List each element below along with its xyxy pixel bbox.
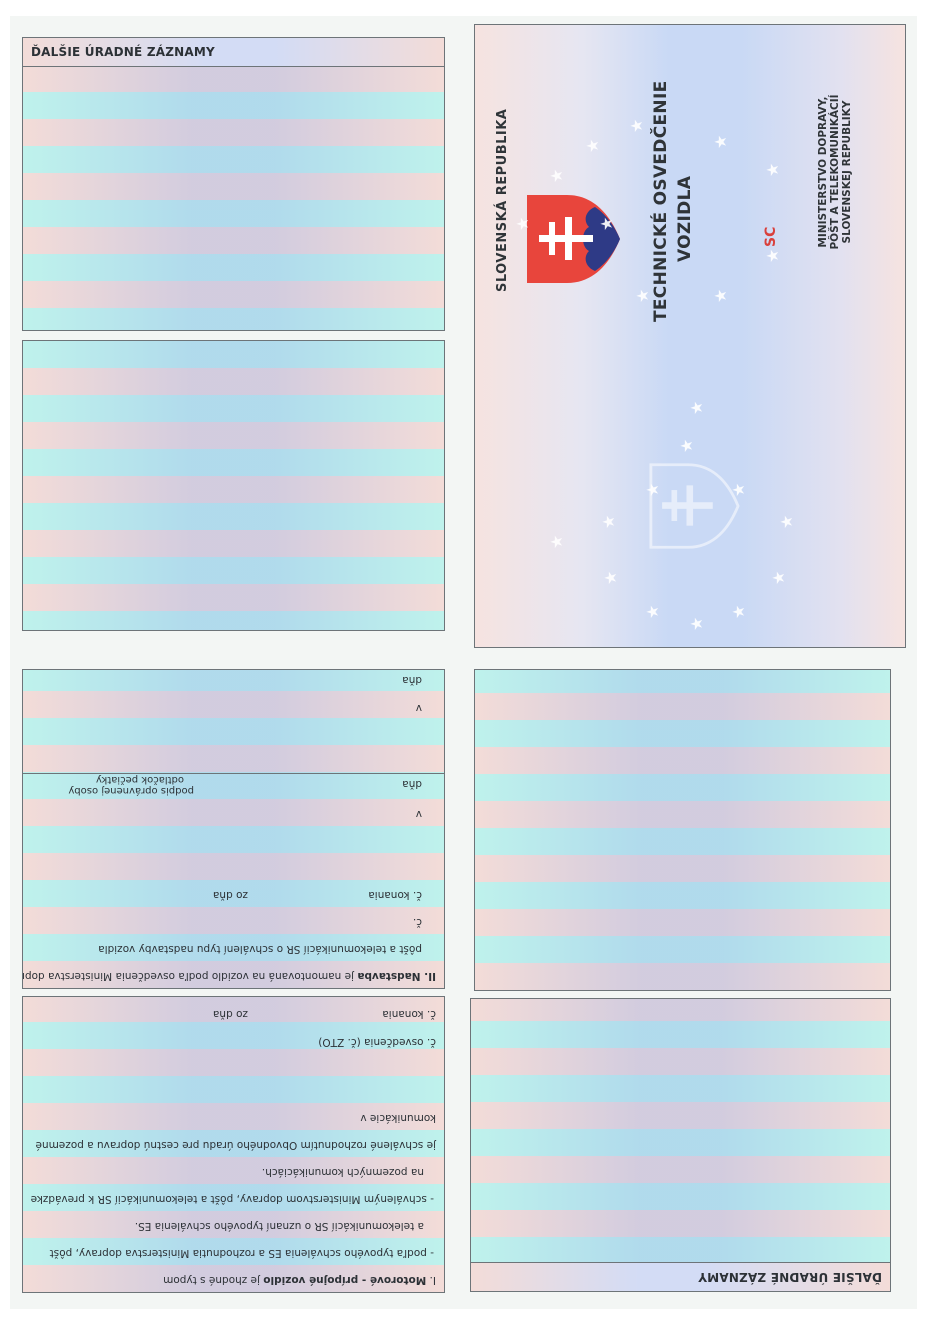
signature-label: podpis oprávnenej osoby odtlačok pečiatk… bbox=[68, 774, 194, 796]
star-icon: ★ bbox=[549, 535, 565, 549]
proceeding-number-label: č. konania bbox=[382, 1008, 436, 1020]
day-label: dňa bbox=[402, 674, 422, 686]
day-label: dňa bbox=[402, 778, 422, 790]
star-icon: ★ bbox=[713, 289, 729, 303]
star-icon: ★ bbox=[515, 217, 531, 231]
star-icon: ★ bbox=[771, 571, 787, 585]
cover-page: SLOVENSKÁ REPUBLIKA TECHNICKÉ OSVEDČENIE… bbox=[474, 24, 906, 648]
star-icon: ★ bbox=[731, 605, 747, 619]
conformity-item: na pozemných komunikáciách. bbox=[262, 1166, 434, 1178]
conformity-item: - schváleným Ministerstvom dopravy, pôšt… bbox=[31, 1193, 434, 1205]
star-icon: ★ bbox=[629, 119, 645, 133]
issuer-name: MINISTERSTVO DOPRAVY, PÔŠT A TELEKOMUNIK… bbox=[817, 57, 853, 287]
type-number-label: č. bbox=[413, 916, 422, 928]
superstructure-heading: II. Nadstavba je namontovaná na vozidlo … bbox=[22, 970, 436, 982]
star-icon: ★ bbox=[601, 515, 617, 529]
cover-title-line1: TECHNICKÉ OSVEDČENIE bbox=[651, 81, 671, 322]
page-blank-middle-left bbox=[22, 340, 445, 631]
star-icon: ★ bbox=[599, 217, 615, 231]
conformity-item: komunikácie v bbox=[360, 1112, 436, 1124]
cover-title-line2: VOZIDLA bbox=[675, 176, 695, 262]
star-icon: ★ bbox=[679, 439, 695, 453]
flipped-content: II. Nadstavba je namontovaná na vozidlo … bbox=[23, 670, 444, 988]
star-icon: ★ bbox=[713, 135, 729, 149]
superstructure-text: pôšt a telekomunikácií SR o schválení ty… bbox=[98, 943, 422, 955]
date-label: zo dňa bbox=[213, 1008, 248, 1020]
country-name: SLOVENSKÁ REPUBLIKA bbox=[495, 109, 510, 292]
conformity-item: a telekomunikácií SR o uznaní typového s… bbox=[135, 1220, 434, 1232]
conformity-item: je schválené rozhodnutím Obvodného úradu… bbox=[36, 1139, 437, 1151]
flipped-content: I. Motorové - prípojné vozidlo je zhodné… bbox=[23, 997, 444, 1292]
star-icon: ★ bbox=[689, 401, 705, 415]
certificate-number-label: č. osvedčenia (č. ZTO) bbox=[318, 1036, 436, 1048]
place-label: v bbox=[416, 702, 422, 714]
star-icon: ★ bbox=[689, 617, 705, 631]
page-blank-right-1 bbox=[474, 669, 891, 991]
slovak-coat-of-arms-watermark-icon bbox=[645, 461, 743, 551]
star-icon: ★ bbox=[603, 571, 619, 585]
star-icon: ★ bbox=[765, 163, 781, 177]
page-further-records-top: ĎALŠIE ÚRADNÉ ZÁZNAMY bbox=[22, 37, 445, 331]
star-icon: ★ bbox=[645, 605, 661, 619]
series-code: SC bbox=[763, 227, 779, 247]
star-icon: ★ bbox=[765, 249, 781, 263]
page-further-records-bottom: ĎALŠIE ÚRADNÉ ZÁZNAMY bbox=[470, 998, 891, 1292]
star-icon: ★ bbox=[779, 515, 795, 529]
place-label: v bbox=[416, 808, 422, 820]
conformity-item: - podľa typového schválenia ES a rozhodn… bbox=[50, 1247, 434, 1259]
block-divider bbox=[23, 773, 444, 774]
page-section-superstructure: II. Nadstavba je namontovaná na vozidlo … bbox=[22, 669, 445, 989]
slovak-coat-of-arms-icon bbox=[523, 191, 623, 287]
flipped-content: ĎALŠIE ÚRADNÉ ZÁZNAMY bbox=[471, 999, 890, 1291]
star-icon: ★ bbox=[549, 169, 565, 183]
proceeding-number-label: č. konania bbox=[368, 889, 422, 901]
section-header: ĎALŠIE ÚRADNÉ ZÁZNAMY bbox=[471, 1262, 890, 1291]
page-section-vehicle-conformity: I. Motorové - prípojné vozidlo je zhodné… bbox=[22, 996, 445, 1293]
star-icon: ★ bbox=[635, 289, 651, 303]
star-icon: ★ bbox=[585, 139, 601, 153]
vehicle-conformity-heading: I. Motorové - prípojné vozidlo je zhodné… bbox=[163, 1274, 436, 1286]
section-header: ĎALŠIE ÚRADNÉ ZÁZNAMY bbox=[23, 38, 444, 67]
date-label: zo dňa bbox=[213, 889, 248, 901]
